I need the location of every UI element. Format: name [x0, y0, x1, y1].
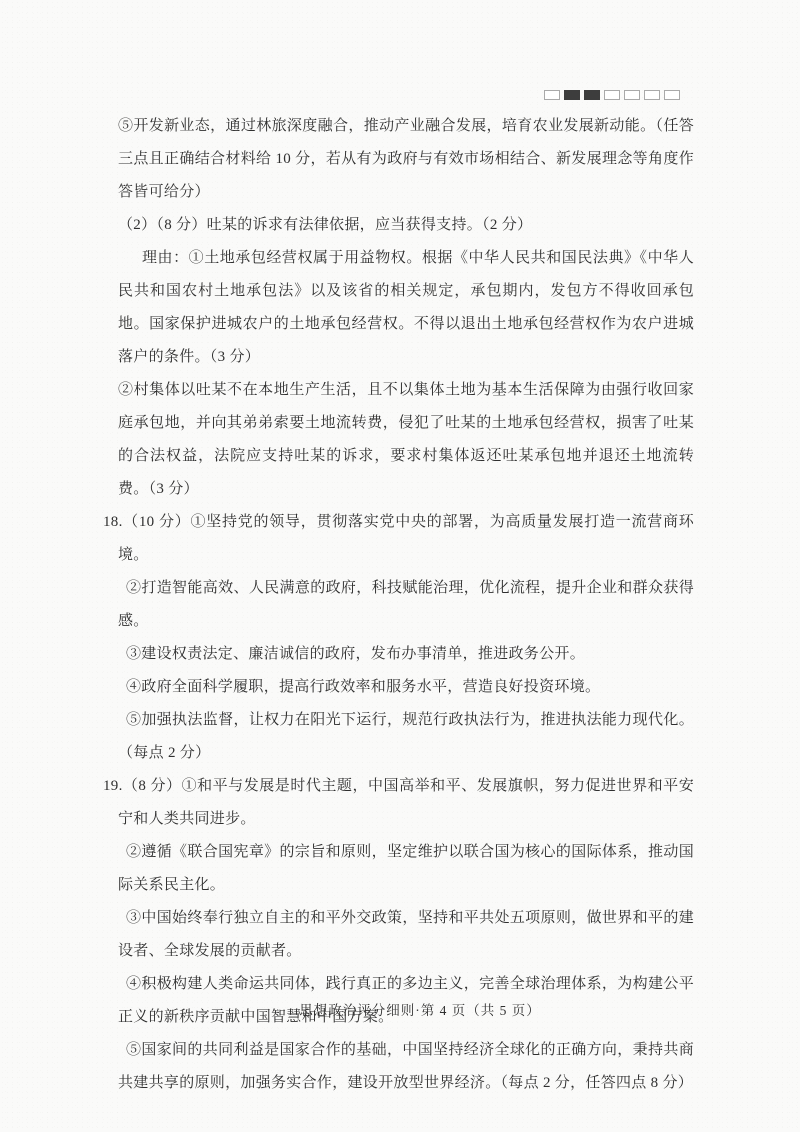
registration-mark [664, 90, 680, 100]
paragraph: ⑤国家间的共同利益是国家合作的基础，中国坚持经济全球化的正确方向，秉持共商共建共… [118, 1034, 694, 1100]
paragraph: ⑤加强执法监督，让权力在阳光下运行，规范行政执法行为，推进执法能力现代化。（每点… [118, 704, 694, 770]
paragraph: 18.（10 分）①坚持党的领导，贯彻落实党中央的部署，为高质量发展打造一流营商… [118, 506, 694, 572]
paragraph: ④政府全面科学履职，提高行政效率和服务水平，营造良好投资环境。 [118, 671, 694, 704]
registration-mark [624, 90, 640, 100]
paragraph: （2）（8 分）吐某的诉求有法律依据，应当获得支持。（2 分） [118, 209, 694, 242]
paragraph: ②遵循《联合国宪章》的宗旨和原则，坚定维护以联合国为核心的国际体系，推动国际关系… [118, 836, 694, 902]
scanned-answer-page: ⑤开发新业态，通过林旅深度融合，推动产业融合发展，培育农业发展新动能。（任答三点… [0, 0, 800, 1132]
print-registration-marks [544, 90, 680, 100]
paragraph: ②打造智能高效、人民满意的政府，科技赋能治理，优化流程，提升企业和群众获得感。 [118, 572, 694, 638]
registration-mark [584, 90, 600, 100]
paragraph: ②村集体以吐某不在本地生产生活，且不以集体土地为基本生活保障为由强行收回家庭承包… [118, 374, 694, 506]
paragraph: 理由：①土地承包经营权属于用益物权。根据《中华人民共和国民法典》《中华人民共和国… [118, 242, 694, 374]
document-body: ⑤开发新业态，通过林旅深度融合，推动产业融合发展，培育农业发展新动能。（任答三点… [118, 110, 694, 1100]
paragraph: ⑤开发新业态，通过林旅深度融合，推动产业融合发展，培育农业发展新动能。（任答三点… [118, 110, 694, 209]
registration-mark [544, 90, 560, 100]
footer-text: 思想政治评分细则·第 4 页（共 5 页） [299, 1003, 541, 1018]
registration-mark [604, 90, 620, 100]
page-footer: 思想政治评分细则·第 4 页（共 5 页） [132, 999, 708, 1019]
registration-mark [564, 90, 580, 100]
paragraph: ③中国始终奉行独立自主的和平外交政策，坚持和平共处五项原则，做世界和平的建设者、… [118, 902, 694, 968]
registration-mark [644, 90, 660, 100]
paragraph: 19.（8 分）①和平与发展是时代主题，中国高举和平、发展旗帜，努力促进世界和平… [118, 770, 694, 836]
paragraph: ③建设权责法定、廉洁诚信的政府，发布办事清单，推进政务公开。 [118, 638, 694, 671]
